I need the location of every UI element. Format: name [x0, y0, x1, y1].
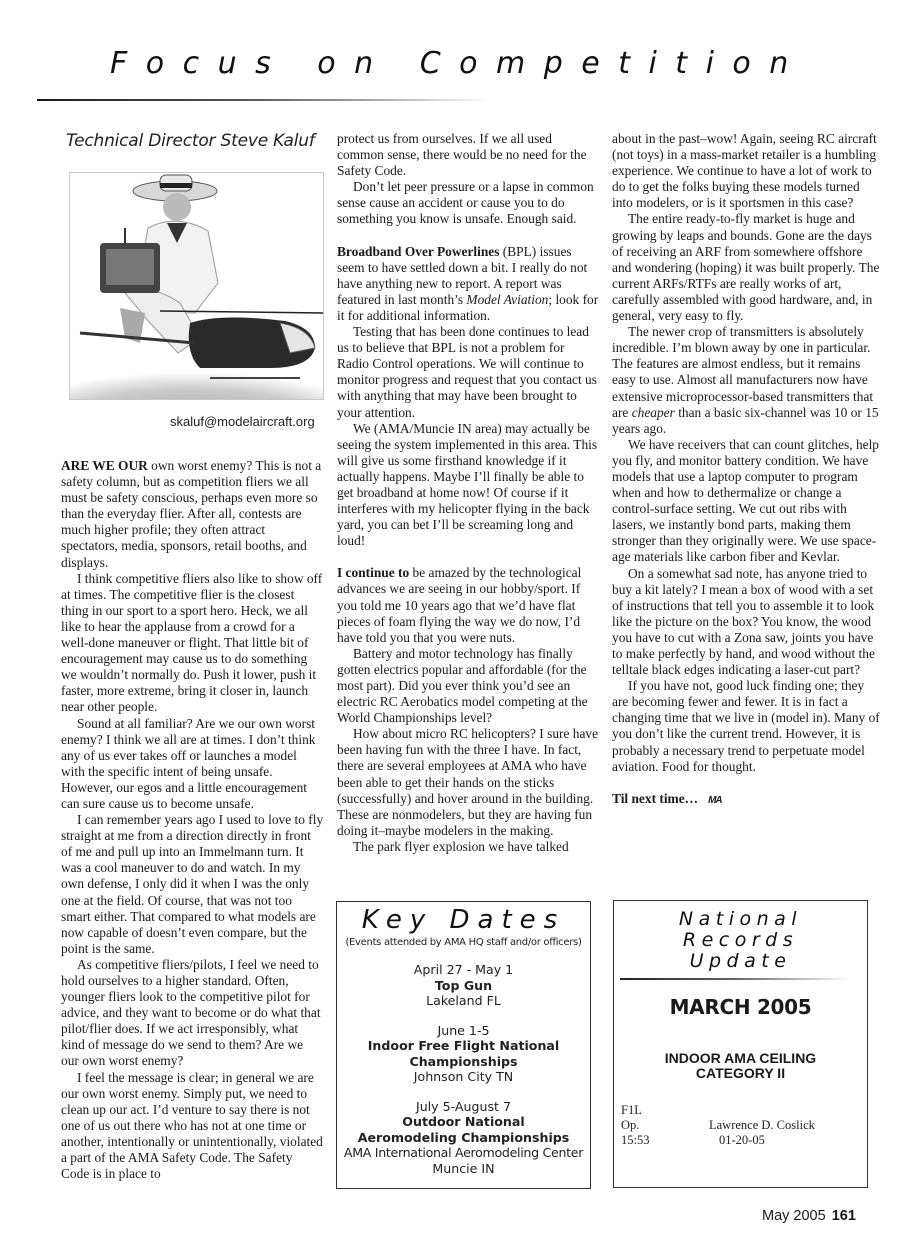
article-column-2: protect us from ourselves. If we all use…: [337, 131, 599, 855]
records-box: National Records Update MARCH 2005 INDOO…: [613, 900, 868, 1188]
article-paragraph: I can remember years ago I used to love …: [61, 812, 324, 957]
event-item: June 1-5 Indoor Free Flight National Cha…: [337, 1023, 590, 1085]
header-divider: [37, 99, 492, 101]
event-name: Indoor Free Flight National Championship…: [337, 1038, 590, 1069]
article-paragraph: We (AMA/Muncie IN area) may actually be …: [337, 421, 599, 550]
author-byline: Technical Director Steve Kaluf: [66, 131, 315, 151]
event-date: April 27 - May 1: [337, 962, 590, 978]
subhead-lead-in: Broadband Over Powerlines: [337, 244, 499, 259]
article-paragraph: I feel the message is clear; in general …: [61, 1070, 324, 1183]
record-date: 01-20-05: [719, 1133, 765, 1148]
lead-in: ARE WE OUR: [61, 458, 148, 473]
author-email-link[interactable]: skaluf@modelaircraft.org: [170, 414, 315, 429]
article-paragraph: Don’t let peer pressure or a lapse in co…: [337, 179, 599, 227]
article-column-1: ARE WE OUR own worst enemy? This is not …: [61, 458, 324, 1182]
key-dates-box: Key Dates (Events attended by AMA HQ sta…: [336, 901, 591, 1189]
article-paragraph: Sound at all familiar? Are we our own wo…: [61, 716, 324, 813]
article-paragraph: As competitive fliers/pilots, I feel we …: [61, 957, 324, 1070]
record-time: 15:53: [621, 1133, 649, 1148]
publication-title: Model Aviation: [466, 292, 548, 307]
record-holder: Lawrence D. Coslick: [709, 1118, 815, 1133]
key-dates-title: Key Dates: [337, 905, 590, 935]
event-date: June 1-5: [337, 1023, 590, 1039]
article-paragraph: The entire ready-to-fly market is huge a…: [612, 211, 880, 324]
page-number: 161: [832, 1208, 856, 1224]
key-dates-subtitle: (Events attended by AMA HQ staff and/or …: [337, 937, 590, 948]
records-divider: [620, 978, 850, 980]
record-class: F1L: [621, 1103, 642, 1118]
article-paragraph: ARE WE OUR own worst enemy? This is not …: [61, 458, 324, 571]
article-paragraph: Broadband Over Powerlines (BPL) issues s…: [337, 244, 599, 324]
photo-illustration-icon: [70, 173, 323, 399]
article-paragraph: The park flyer explosion we have talked: [337, 839, 599, 855]
author-photo: [69, 172, 324, 400]
event-date: July 5-August 7: [337, 1099, 590, 1115]
issue-date: May 2005: [762, 1208, 826, 1224]
article-paragraph: about in the past–wow! Again, seeing RC …: [612, 131, 880, 211]
article-paragraph: protect us from ourselves. If we all use…: [337, 131, 599, 179]
article-paragraph: I continue to be amazed by the technolog…: [337, 565, 599, 645]
records-category: INDOOR AMA CEILING CATEGORY II: [614, 1051, 867, 1081]
article-paragraph: We have receivers that can count glitche…: [612, 437, 880, 566]
event-item: April 27 - May 1 Top Gun Lakeland FL: [337, 962, 590, 1009]
records-month: MARCH 2005: [614, 995, 867, 1019]
article-paragraph: If you have not, good luck finding one; …: [612, 678, 880, 775]
event-item: July 5-August 7 Outdoor National Aeromod…: [337, 1099, 590, 1177]
article-paragraph: On a somewhat sad note, has anyone tried…: [612, 566, 880, 679]
article-paragraph: Battery and motor technology has finally…: [337, 646, 599, 726]
article-paragraph: The newer crop of transmitters is absolu…: [612, 324, 880, 437]
event-location-city: Muncie IN: [337, 1161, 590, 1177]
event-location: AMA International Aeromodeling Center: [337, 1145, 590, 1161]
article-paragraph: How about micro RC helicopters? I sure h…: [337, 726, 599, 839]
emphasis: cheaper: [632, 405, 675, 420]
article-column-3: about in the past–wow! Again, seeing RC …: [612, 131, 880, 809]
event-location: Lakeland FL: [337, 993, 590, 1009]
event-location: Johnson City TN: [337, 1069, 590, 1085]
record-entry: F1L Op. 15:53 Lawrence D. Coslick 01-20-…: [614, 1103, 867, 1153]
sign-off: Til next time… MA: [612, 791, 880, 809]
records-title: National Records Update: [614, 909, 867, 972]
record-type: Op.: [621, 1118, 639, 1133]
page-footer: May 2005161: [762, 1208, 856, 1224]
article-paragraph: I think competitive fliers also like to …: [61, 571, 324, 716]
subhead-lead-in: I continue to: [337, 565, 409, 580]
section-title: Focus on Competition: [110, 46, 850, 81]
end-mark-icon: MA: [708, 795, 722, 806]
article-paragraph: Testing that has been done continues to …: [337, 324, 599, 421]
event-name: Top Gun: [337, 978, 590, 994]
event-name: Outdoor National Aeromodeling Championsh…: [337, 1114, 590, 1145]
